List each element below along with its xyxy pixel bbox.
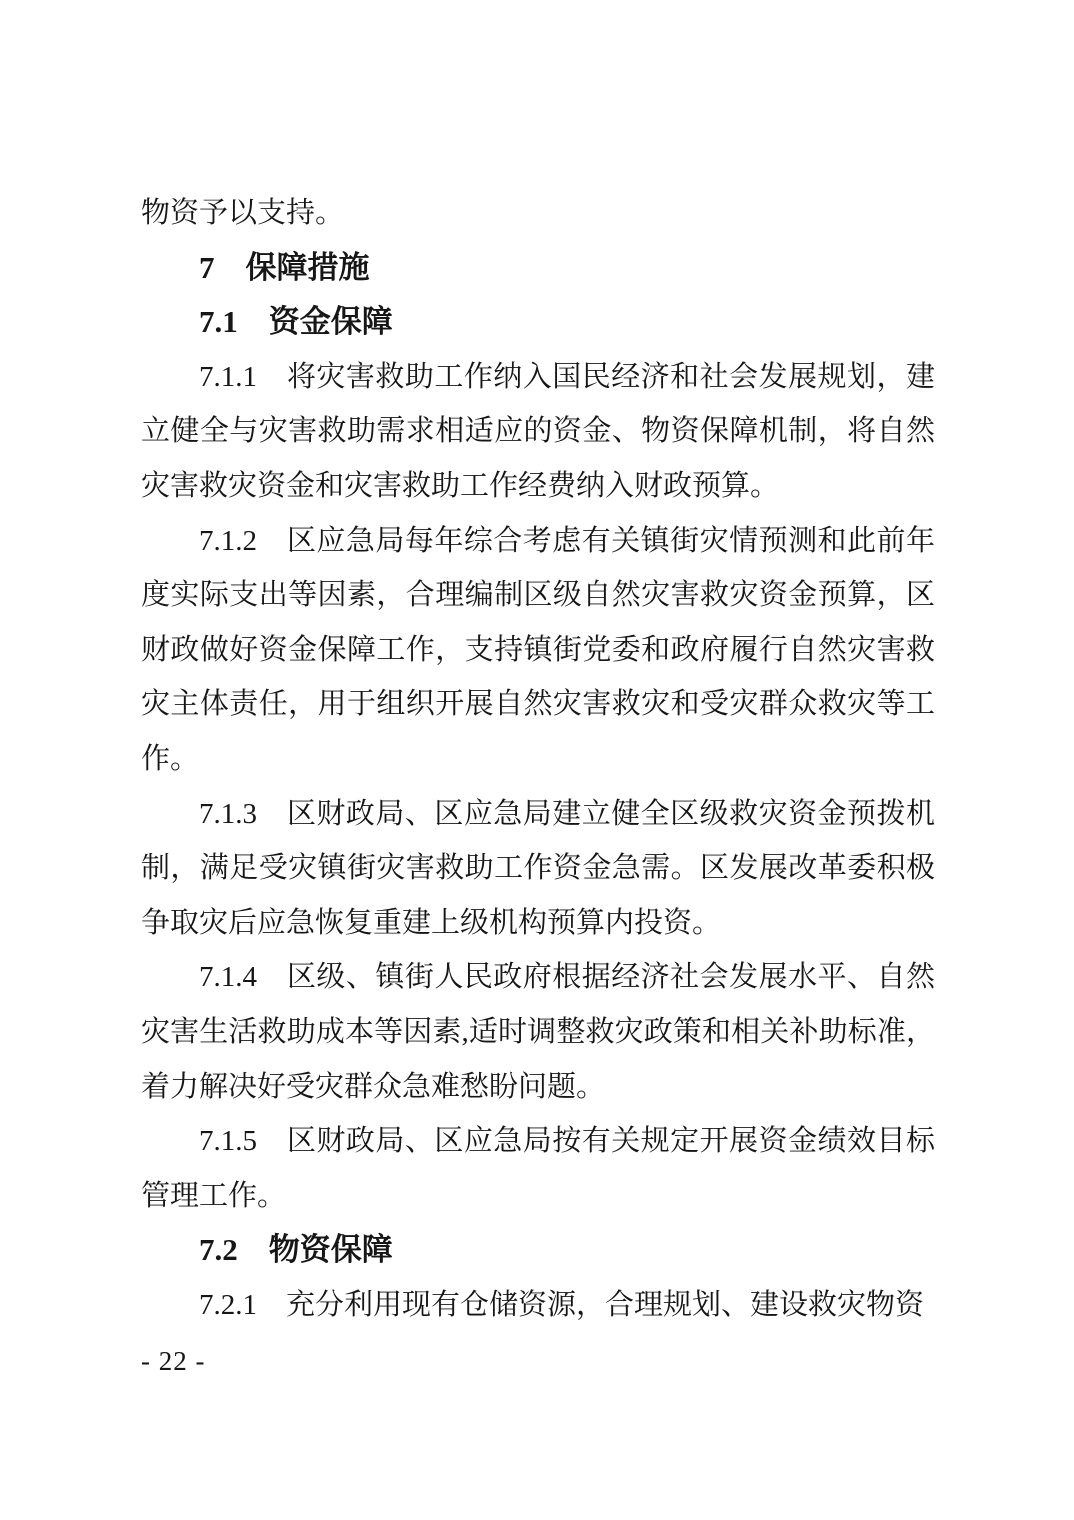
subsection-heading-7-2: 7.2 物资保障 <box>141 1223 935 1278</box>
paragraph-7-1-4: 7.1.4 区级、镇街人民政府根据经济社会发展水平、自然灾害生活救助成本等因素,… <box>141 950 935 1114</box>
paragraph-7-1-1: 7.1.1 将灾害救助工作纳入国民经济和社会发展规划，建立健全与灾害救助需求相适… <box>141 350 935 514</box>
subsection-heading-7-1: 7.1 资金保障 <box>141 295 935 350</box>
document-content: 物资予以支持。 7 保障措施 7.1 资金保障 7.1.1 将灾害救助工作纳入国… <box>141 186 935 1332</box>
paragraph-7-1-5: 7.1.5 区财政局、区应急局按有关规定开展资金绩效目标管理工作。 <box>141 1114 935 1223</box>
paragraph-7-1-2: 7.1.2 区应急局每年综合考虑有关镇街灾情预测和此前年度实际支出等因素，合理编… <box>141 514 935 787</box>
page-number: - 22 - <box>141 1346 205 1377</box>
paragraph-7-1-3: 7.1.3 区财政局、区应急局建立健全区级救灾资金预拨机制，满足受灾镇街灾害救助… <box>141 787 935 951</box>
paragraph-continuation: 物资予以支持。 <box>141 186 935 241</box>
paragraph-7-2-1: 7.2.1 充分利用现有仓储资源，合理规划、建设救灾物资 <box>141 1278 935 1333</box>
section-heading-7: 7 保障措施 <box>141 241 935 296</box>
document-page: 物资予以支持。 7 保障措施 7.1 资金保障 7.1.1 将灾害救助工作纳入国… <box>0 0 1074 1520</box>
